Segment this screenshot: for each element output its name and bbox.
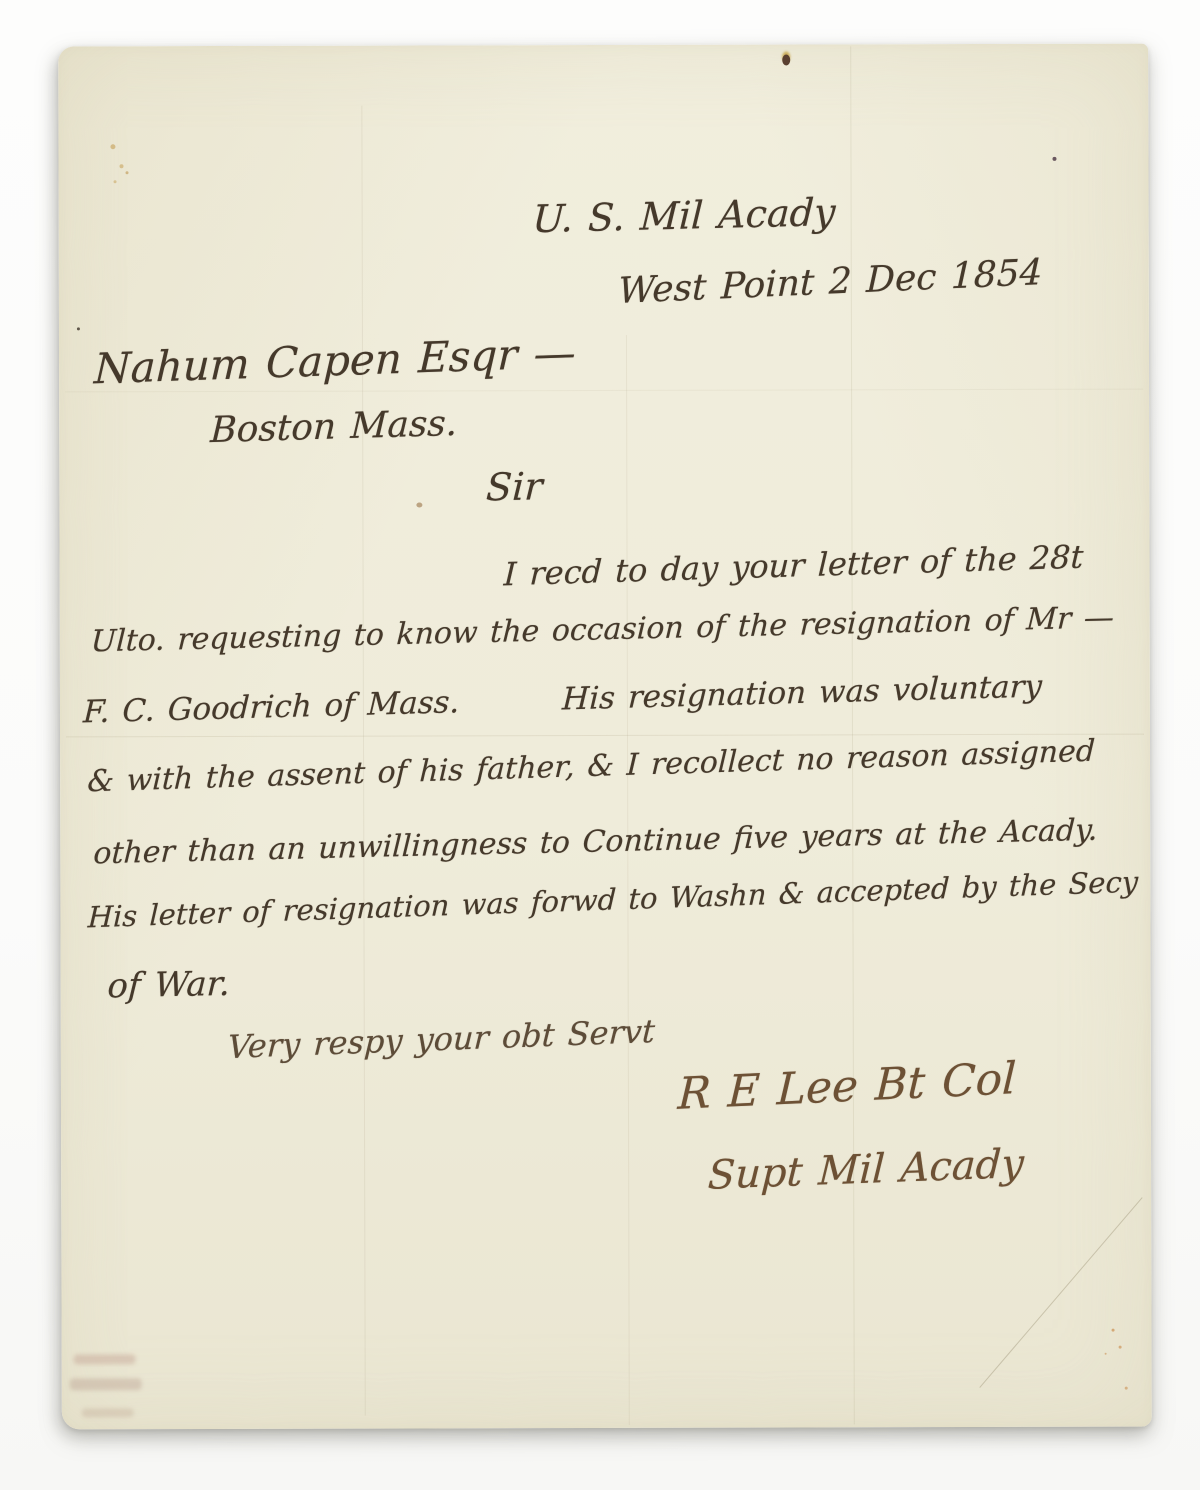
foxing-spot — [110, 144, 115, 149]
foxing-spot — [126, 171, 129, 174]
collector-stamp-smudge — [74, 1354, 136, 1364]
salutation: Sir — [485, 464, 544, 509]
body-line: F. C. Goodrich of Mass. His resignation … — [82, 668, 1042, 730]
foxing-spot — [120, 164, 124, 168]
dark-speck — [1052, 157, 1056, 161]
foxing-spot — [1112, 1329, 1115, 1332]
letterhead-institution: U. S. Mil Acady — [532, 190, 837, 241]
collector-stamp-smudge — [82, 1408, 134, 1417]
scanned-letter-background: U. S. Mil Acady West Point 2 Dec 1854 Na… — [0, 0, 1200, 1490]
foxing-spot — [1105, 1353, 1107, 1355]
collector-stamp-smudge — [70, 1378, 142, 1390]
fold-crease-vertical-center — [626, 335, 630, 1425]
fold-crease-vertical-right — [850, 46, 855, 1424]
signature-title: Supt Mil Acady — [707, 1141, 1025, 1199]
letter-paper: U. S. Mil Acady West Point 2 Dec 1854 Na… — [58, 44, 1152, 1430]
crease-diagonal-bottom-right — [979, 1197, 1142, 1388]
foxing-spot — [1125, 1387, 1128, 1390]
body-line: of War. — [107, 964, 231, 1007]
body-line: Ulto. requesting to know the occasion of… — [90, 600, 1115, 659]
stain-spot — [416, 502, 422, 507]
dark-speck — [77, 327, 80, 330]
signature-name: R E Lee Bt Col — [677, 1053, 1017, 1120]
closing-line: Very respy your obt Servt — [227, 1012, 656, 1066]
body-line: & with the assent of his father, & I rec… — [87, 734, 1096, 800]
fold-crease-horizontal-faint — [65, 389, 1143, 393]
foxing-spot — [1119, 1346, 1122, 1349]
ink-speck-top-edge — [782, 55, 790, 66]
recipient-name: Nahum Capen Esqr — — [93, 328, 576, 393]
foxing-spot — [114, 180, 117, 183]
dateline: West Point 2 Dec 1854 — [618, 252, 1043, 312]
body-line: I recd to day your letter of the 28t — [503, 538, 1084, 594]
recipient-address: Boston Mass. — [209, 403, 458, 451]
body-line: other than an unwillingness to Continue … — [93, 813, 1099, 872]
body-line: His letter of resignation was forwd to W… — [87, 865, 1139, 935]
